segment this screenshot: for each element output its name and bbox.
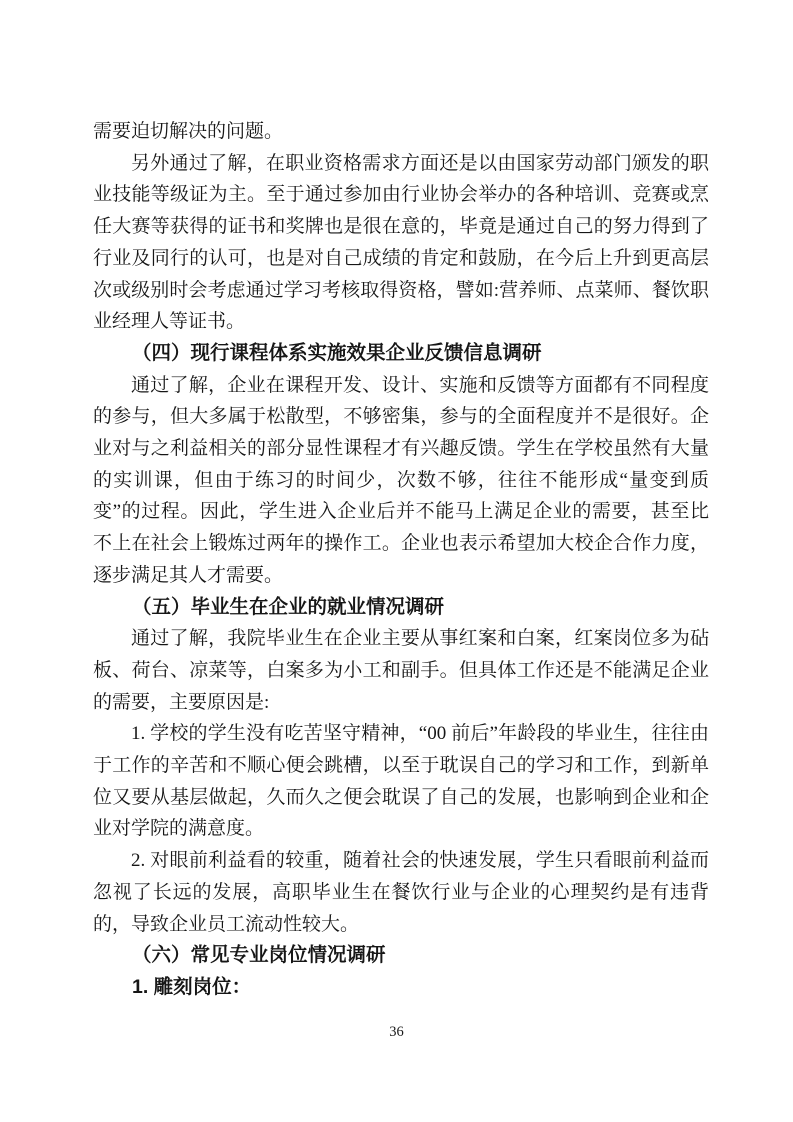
paragraph: 通过了解，企业在课程开发、设计、实施和反馈等方面都有不同程度的参与，但大多属于松… xyxy=(93,370,709,592)
paragraph: 另外通过了解，在职业资格需求方面还是以由国家劳动部门颁发的职业技能等级证为主。至… xyxy=(93,148,709,338)
paragraph-numbered-1: 1. 学校的学生没有吃苦坚守精神，“00 前后”年龄段的毕业生，往往由于工作的辛… xyxy=(93,718,709,845)
page-number: 36 xyxy=(0,1022,793,1042)
document-content: 需要迫切解决的问题。 另外通过了解，在职业资格需求方面还是以由国家劳动部门颁发的… xyxy=(93,116,709,1004)
document-page: 需要迫切解决的问题。 另外通过了解，在职业资格需求方面还是以由国家劳动部门颁发的… xyxy=(0,0,793,1122)
section-heading-5: （五）毕业生在企业的就业情况调研 xyxy=(93,592,709,624)
section-heading-6: （六）常见专业岗位情况调研 xyxy=(93,940,709,972)
section-heading-4: （四）现行课程体系实施效果企业反馈信息调研 xyxy=(93,338,709,370)
paragraph-numbered-2: 2. 对眼前利益看的较重，随着社会的快速发展，学生只看眼前利益而忽视了长远的发展… xyxy=(93,845,709,940)
sub-heading-carving-post: 1. 雕刻岗位： xyxy=(93,972,709,1004)
paragraph: 通过了解，我院毕业生在企业主要从事红案和白案，红案岗位多为砧板、荷台、凉菜等，白… xyxy=(93,623,709,718)
paragraph-continuation: 需要迫切解决的问题。 xyxy=(93,116,709,148)
